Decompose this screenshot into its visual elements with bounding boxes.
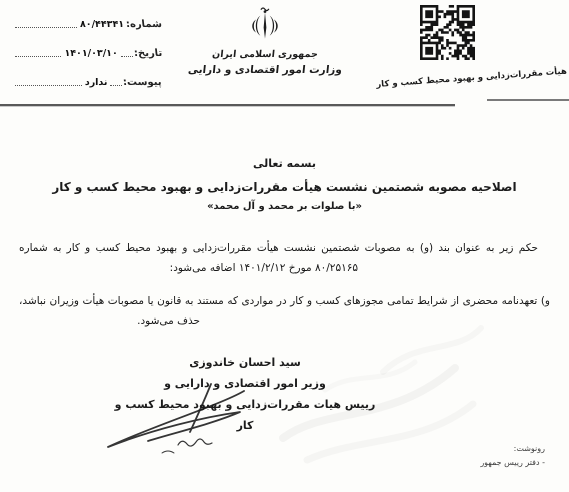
header-rule-left bbox=[0, 104, 455, 106]
paragraph-1: حکم زیر به عنوان بند (و) به مصوبات شصتمی… bbox=[19, 238, 550, 278]
number-value: ۸۰/۴۴۳۴۱ bbox=[78, 19, 126, 30]
board-caption: هیأت مقررات‌زدایی و بهبود محیط کسب و کار bbox=[412, 67, 567, 88]
dotted-leader bbox=[15, 54, 61, 57]
paragraph-2-line-2: حذف می‌شود. bbox=[19, 311, 200, 331]
paragraph-2: و) تعهدنامه محضری از شرایط تمامی مجوزهای… bbox=[19, 291, 550, 331]
field-date: تاریخ: ۱۴۰۱/۰۳/۱۰ bbox=[14, 43, 162, 59]
qr-block: هیأت مقررات‌زدایی و بهبود محیط کسب و کار bbox=[412, 5, 567, 82]
signature-scribble bbox=[92, 383, 282, 471]
dotted-leader bbox=[15, 83, 82, 86]
header-rule-right bbox=[487, 99, 569, 101]
cc-block: رونوشت: - دفتر رییس جمهور bbox=[480, 444, 545, 467]
iran-emblem-icon bbox=[248, 6, 282, 44]
letter-meta-fields: شماره: ۸۰/۴۴۳۴۱ تاریخ: ۱۴۰۱/۰۳/۱۰ پیوست:… bbox=[14, 14, 162, 101]
field-attachment: پیوست: ندارد bbox=[14, 72, 162, 88]
paragraph-1-line-2: ۸۰/۲۵۱۶۵ مورخ ۱۴۰۱/۲/۱۲ اضافه می‌شود: bbox=[19, 258, 358, 278]
basmala: بسمه تعالی bbox=[0, 157, 569, 170]
dotted-leader bbox=[110, 83, 122, 86]
paragraph-1-line-1: حکم زیر به عنوان بند (و) به مصوبات شصتمی… bbox=[19, 238, 550, 258]
attachment-value: ندارد bbox=[83, 77, 110, 88]
country-name: جمهوری اسلامی ایران bbox=[184, 49, 345, 60]
number-label: شماره: bbox=[125, 19, 162, 30]
cc-label: رونوشت: bbox=[480, 444, 545, 453]
paragraph-2-line-1: و) تعهدنامه محضری از شرایط تمامی مجوزهای… bbox=[19, 291, 550, 311]
ministry-name: وزارت امور اقتصادی و دارایی bbox=[184, 64, 345, 76]
letter-page: شماره: ۸۰/۴۴۳۴۱ تاریخ: ۱۴۰۱/۰۳/۱۰ پیوست:… bbox=[0, 0, 569, 492]
attachment-label: پیوست: bbox=[123, 77, 163, 88]
salutation: «با صلوات بر محمد و آل محمد» bbox=[0, 201, 569, 212]
dotted-leader bbox=[15, 25, 77, 28]
dotted-leader bbox=[121, 54, 133, 57]
qr-code-icon bbox=[420, 5, 475, 60]
date-label: تاریخ: bbox=[133, 48, 162, 59]
cc-item: - دفتر رییس جمهور bbox=[480, 458, 545, 467]
letter-title: اصلاحیه مصوبه شصتمین نشست هیأت مقررات‌زد… bbox=[0, 180, 569, 194]
signature-name: سید احسان خاندوزی bbox=[105, 352, 385, 373]
date-value: ۱۴۰۱/۰۳/۱۰ bbox=[62, 48, 119, 59]
letterhead: جمهوری اسلامی ایران وزارت امور اقتصادی و… bbox=[185, 6, 345, 76]
field-number: شماره: ۸۰/۴۴۳۴۱ bbox=[14, 14, 162, 30]
